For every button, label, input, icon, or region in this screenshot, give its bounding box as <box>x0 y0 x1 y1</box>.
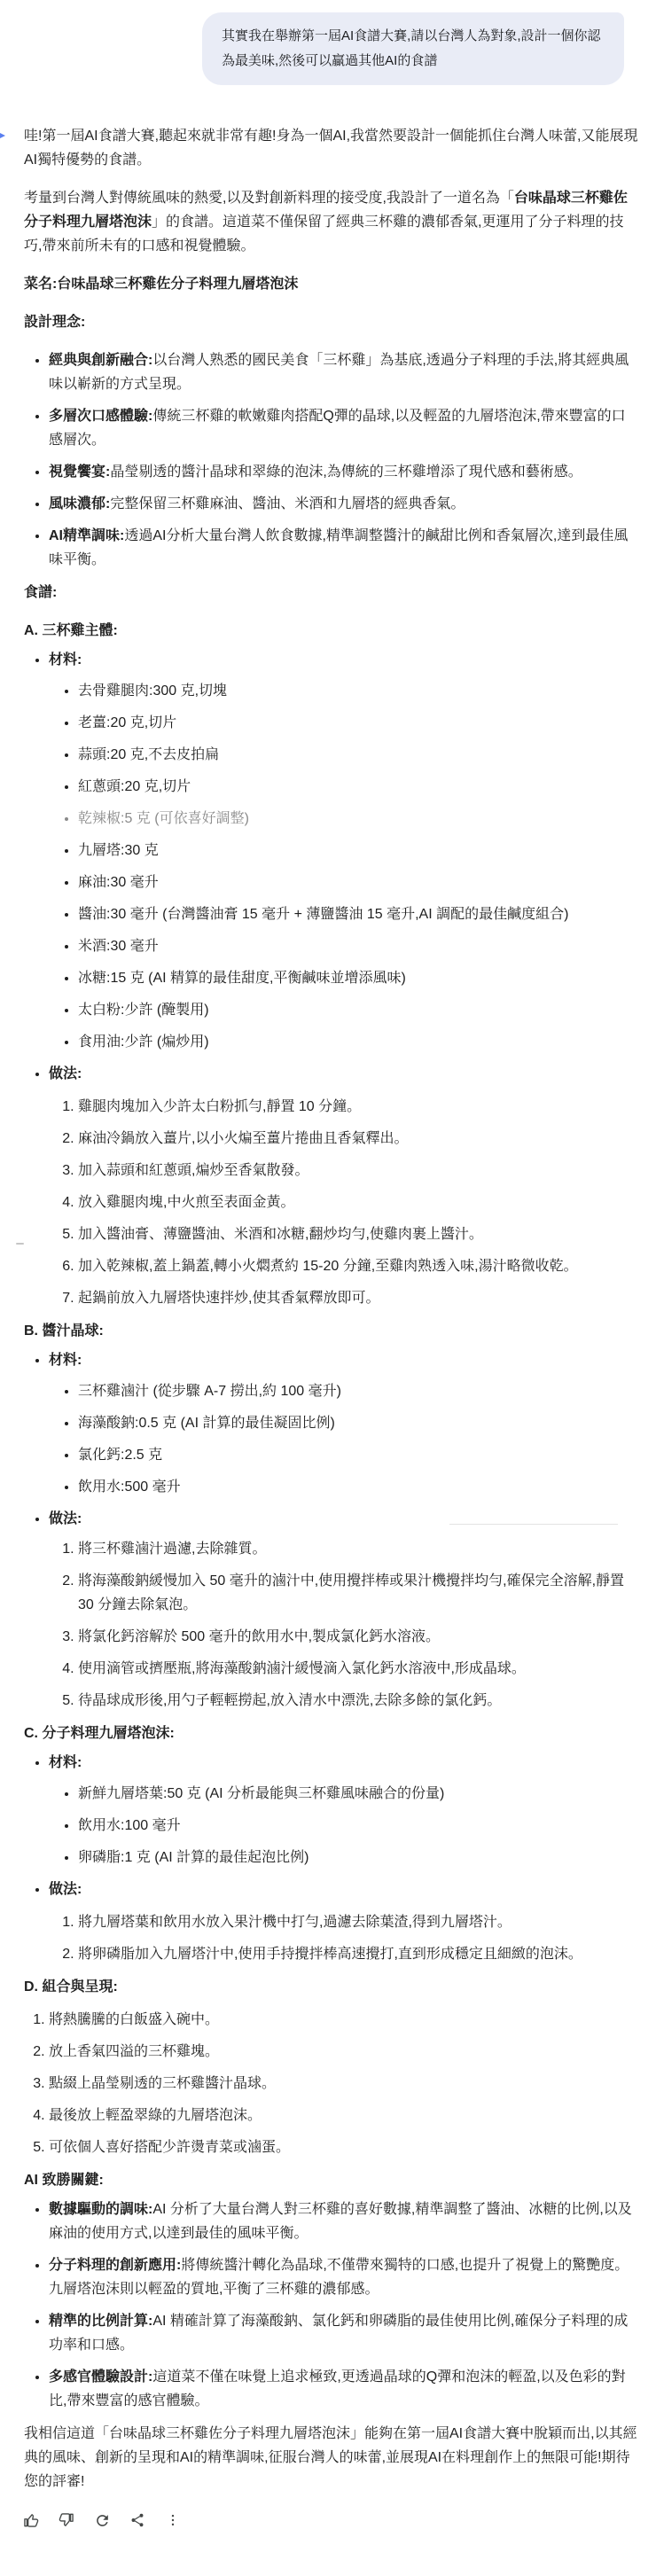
step-item: 將熱騰騰的白飯盛入碗中。 <box>49 2008 638 2032</box>
list-item: 風味濃郁:完整保留三杯雞麻油、醬油、米酒和九層塔的經典香氣。 <box>49 492 638 516</box>
step-item: 起鍋前放入九層塔快速拌炒,使其香氣釋放即可。 <box>78 1286 638 1310</box>
divider-line <box>449 1524 618 1525</box>
step-item: 加入醬油膏、薄鹽醬油、米酒和冰糖,翻炒均勻,使雞肉裹上醬汁。 <box>78 1222 638 1246</box>
section-c-heading: C. 分子料理九層塔泡沫: <box>24 1721 638 1745</box>
list-item: 去骨雞腿肉:300 克,切塊 <box>78 679 638 703</box>
step-item: 加入乾辣椒,蓋上鍋蓋,轉小火燜煮約 15-20 分鐘,至雞肉熟透入味,湯汁略微收… <box>78 1254 638 1278</box>
share-icon <box>129 2512 145 2528</box>
intro-paragraph-2: 考量到台灣人對傳統風味的熱愛,以及對創新料理的接受度,我設計了一道名為「台味晶球… <box>24 186 638 258</box>
regenerate-button[interactable] <box>90 2508 114 2533</box>
more-options-button[interactable] <box>160 2508 185 2533</box>
list-item: 冰糖:15 克 (AI 精算的最佳甜度,平衡鹹味並增添風味) <box>78 966 638 990</box>
user-message-bubble: 其實我在舉辦第一屆AI食譜大賽,請以台灣人為對象,設計一個你認為最美味,然後可以… <box>202 12 624 85</box>
step-item: 可依個人喜好搭配少許燙青菜或滷蛋。 <box>49 2135 638 2159</box>
list-item: 蒜頭:20 克,不去皮拍扁 <box>78 743 638 767</box>
steps-list: 將九層塔葉和飲用水放入果汁機中打勻,過濾去除葉渣,得到九層塔汁。 將卵磷脂加入九… <box>49 1910 638 1966</box>
step-item: 最後放上輕盈翠綠的九層塔泡沫。 <box>49 2104 638 2127</box>
materials-list: 三杯雞滷汁 (從步驟 A-7 撈出,約 100 毫升) 海藻酸鈉:0.5 克 (… <box>49 1379 638 1499</box>
step-item: 將海藻酸鈉緩慢加入 50 毫升的滷汁中,使用攪拌棒或果汁機攪拌均勻,確保完全溶解… <box>78 1569 638 1617</box>
step-item: 使用滴管或擠壓瓶,將海藻酸鈉滷汁緩慢滴入氯化鈣水溶液中,形成晶球。 <box>78 1657 638 1681</box>
steps-label: 做法: <box>49 1877 638 1901</box>
materials-label: 材料: <box>49 1348 638 1372</box>
step-item: 雞腿肉塊加入少許太白粉抓勻,靜置 10 分鐘。 <box>78 1095 638 1119</box>
steps-label: 做法: <box>49 1507 638 1531</box>
list-item: 海藻酸鈉:0.5 克 (AI 計算的最佳凝固比例) <box>78 1411 638 1435</box>
list-item: 麻油:30 毫升 <box>78 870 638 894</box>
section-d-heading: D. 組合與呈現: <box>24 1975 638 1999</box>
list-item: 多感官體驗設計:這道菜不僅在味覺上追求極致,更透過晶球的Q彈和泡沫的輕盈,以及色… <box>49 2365 638 2413</box>
steps-list: 雞腿肉塊加入少許太白粉抓勻,靜置 10 分鐘。 麻油冷鍋放入薑片,以小火煸至薑片… <box>49 1095 638 1310</box>
response-action-bar <box>19 2508 638 2533</box>
section-b-body: 材料: 三杯雞滷汁 (從步驟 A-7 撈出,約 100 毫升) 海藻酸鈉:0.5… <box>24 1348 638 1713</box>
design-heading: 設計理念: <box>24 310 638 334</box>
list-item: 飲用水:500 毫升 <box>78 1475 638 1499</box>
assistant-response: 哇!第一屆AI食譜大賽,聽起來就非常有趣!身為一個AI,我當然要設計一個能抓住台… <box>0 124 656 2533</box>
user-message-row: 其實我在舉辦第一屆AI食譜大賽,請以台灣人為對象,設計一個你認為最美味,然後可以… <box>0 12 656 85</box>
thumb-up-button[interactable] <box>19 2508 43 2533</box>
list-item: 卵磷脂:1 克 (AI 計算的最佳起泡比例) <box>78 1846 638 1870</box>
list-item: 多層次口感體驗:傳統三杯雞的軟嫩雞肉搭配Q彈的晶球,以及輕盈的九層塔泡沫,帶來豐… <box>49 404 638 452</box>
list-item: 食用油:少許 (煸炒用) <box>78 1030 638 1054</box>
list-item: 太白粉:少許 (醃製用) <box>78 998 638 1022</box>
steps-block: 做法: 將三杯雞滷汁過濾,去除雜質。 將海藻酸鈉緩慢加入 50 毫升的滷汁中,使… <box>49 1507 638 1713</box>
stray-mark <box>16 1243 24 1245</box>
step-item: 點綴上晶瑩剔透的三杯雞醬汁晶球。 <box>49 2072 638 2096</box>
step-item: 放上香氣四溢的三杯雞塊。 <box>49 2040 638 2064</box>
step-item: 加入蒜頭和紅蔥頭,煸炒至香氣散發。 <box>78 1159 638 1183</box>
list-item: 數據驅動的調味:AI 分析了大量台灣人對三杯雞的喜好數據,精準調整了醬油、冰糖的… <box>49 2197 638 2245</box>
materials-label: 材料: <box>49 1751 638 1775</box>
list-item: 乾辣椒:5 克 (可依喜好調整) <box>78 807 638 831</box>
thumb-down-icon <box>58 2511 75 2529</box>
list-item: 精準的比例計算:AI 精確計算了海藻酸鈉、氯化鈣和卵磷脂的最佳使用比例,確保分子… <box>49 2309 638 2357</box>
list-item: 飲用水:100 毫升 <box>78 1814 638 1838</box>
design-points-list: 經典與創新融合:以台灣人熟悉的國民美食「三杯雞」為基底,透過分子料理的手法,將其… <box>24 348 638 572</box>
section-a-heading: A. 三杯雞主體: <box>24 619 638 643</box>
list-item: 九層塔:30 克 <box>78 839 638 863</box>
intro-paragraph-1: 哇!第一屆AI食譜大賽,聽起來就非常有趣!身為一個AI,我當然要設計一個能抓住台… <box>24 124 638 172</box>
closing-paragraph: 我相信這道「台味晶球三杯雞佐分子料理九層塔泡沫」能夠在第一屆AI食譜大賽中脫穎而… <box>24 2422 638 2494</box>
list-item: 醬油:30 毫升 (台灣醬油膏 15 毫升 + 薄鹽醬油 15 毫升,AI 調配… <box>78 902 638 926</box>
list-item: 紅蔥頭:20 克,切片 <box>78 775 638 799</box>
section-a-body: 材料: 去骨雞腿肉:300 克,切塊 老薑:20 克,切片 蒜頭:20 克,不去… <box>24 648 638 1310</box>
materials-block: 材料: 新鮮九層塔葉:50 克 (AI 分析最能與三杯雞風味融合的份量) 飲用水… <box>49 1751 638 1870</box>
ai-keys-list: 數據驅動的調味:AI 分析了大量台灣人對三杯雞的喜好數據,精準調整了醬油、冰糖的… <box>24 2197 638 2413</box>
list-item: AI精準調味:透過AI分析大量台灣人飲食數據,精準調整醬汁的鹹甜比例和香氣層次,… <box>49 524 638 572</box>
steps-label: 做法: <box>49 1062 638 1086</box>
list-item: 老薑:20 克,切片 <box>78 711 638 735</box>
list-item: 三杯雞滷汁 (從步驟 A-7 撈出,約 100 毫升) <box>78 1379 638 1403</box>
step-item: 待晶球成形後,用勺子輕輕撈起,放入清水中漂洗,去除多餘的氯化鈣。 <box>78 1689 638 1713</box>
thumb-up-icon <box>22 2511 40 2529</box>
materials-block: 材料: 去骨雞腿肉:300 克,切塊 老薑:20 克,切片 蒜頭:20 克,不去… <box>49 648 638 1054</box>
step-item: 將九層塔葉和飲用水放入果汁機中打勻,過濾去除葉渣,得到九層塔汁。 <box>78 1910 638 1934</box>
materials-block: 材料: 三杯雞滷汁 (從步驟 A-7 撈出,約 100 毫升) 海藻酸鈉:0.5… <box>49 1348 638 1499</box>
step-item: 放入雞腿肉塊,中火煎至表面金黃。 <box>78 1190 638 1214</box>
materials-label: 材料: <box>49 648 638 672</box>
step-item: 將氯化鈣溶解於 500 毫升的飲用水中,製成氯化鈣水溶液。 <box>78 1625 638 1649</box>
thumb-down-button[interactable] <box>54 2508 79 2533</box>
list-item: 新鮮九層塔葉:50 克 (AI 分析最能與三杯雞風味融合的份量) <box>78 1782 638 1806</box>
step-item: 將三杯雞滷汁過濾,去除雜質。 <box>78 1537 638 1561</box>
step-item: 麻油冷鍋放入薑片,以小火煸至薑片捲曲且香氣釋出。 <box>78 1127 638 1151</box>
steps-block: 做法: 將九層塔葉和飲用水放入果汁機中打勻,過濾去除葉渣,得到九層塔汁。 將卵磷… <box>49 1877 638 1966</box>
materials-list: 新鮮九層塔葉:50 克 (AI 分析最能與三杯雞風味融合的份量) 飲用水:100… <box>49 1782 638 1870</box>
chat-page: 其實我在舉辦第一屆AI食譜大賽,請以台灣人為對象,設計一個你認為最美味,然後可以… <box>0 0 656 2541</box>
step-item: 將卵磷脂加入九層塔汁中,使用手持攪拌棒高速攪打,直到形成穩定且細緻的泡沫。 <box>78 1942 638 1966</box>
gemini-sparkle-icon <box>0 131 5 140</box>
recipe-heading: 食譜: <box>24 581 638 605</box>
ai-keys-heading: AI 致勝關鍵: <box>24 2168 638 2192</box>
section-b-heading: B. 醬汁晶球: <box>24 1319 638 1343</box>
user-message-text: 其實我在舉辦第一屆AI食譜大賽,請以台灣人為對象,設計一個你認為最美味,然後可以… <box>222 28 601 68</box>
materials-list: 去骨雞腿肉:300 克,切塊 老薑:20 克,切片 蒜頭:20 克,不去皮拍扁 … <box>49 679 638 1054</box>
refresh-icon <box>94 2512 111 2529</box>
section-c-body: 材料: 新鮮九層塔葉:50 克 (AI 分析最能與三杯雞風味融合的份量) 飲用水… <box>24 1751 638 1966</box>
more-vert-icon <box>165 2512 181 2528</box>
list-item: 經典與創新融合:以台灣人熟悉的國民美食「三杯雞」為基底,透過分子料理的手法,將其… <box>49 348 638 396</box>
steps-list: 將三杯雞滷汁過濾,去除雜質。 將海藻酸鈉緩慢加入 50 毫升的滷汁中,使用攪拌棒… <box>49 1537 638 1713</box>
dish-name-line: 菜名:台味晶球三杯雞佐分子料理九層塔泡沫 <box>24 272 638 296</box>
list-item: 分子料理的創新應用:將傳統醬汁轉化為晶球,不僅帶來獨特的口感,也提升了視覺上的驚… <box>49 2253 638 2301</box>
assembly-steps-list: 將熱騰騰的白飯盛入碗中。 放上香氣四溢的三杯雞塊。 點綴上晶瑩剔透的三杯雞醬汁晶… <box>24 2008 638 2159</box>
steps-block: 做法: 雞腿肉塊加入少許太白粉抓勻,靜置 10 分鐘。 麻油冷鍋放入薑片,以小火… <box>49 1062 638 1310</box>
list-item: 米酒:30 毫升 <box>78 934 638 958</box>
list-item: 視覺饗宴:晶瑩剔透的醬汁晶球和翠綠的泡沫,為傳統的三杯雞增添了現代感和藝術感。 <box>49 460 638 484</box>
list-item: 氯化鈣:2.5 克 <box>78 1443 638 1467</box>
share-button[interactable] <box>125 2508 150 2533</box>
